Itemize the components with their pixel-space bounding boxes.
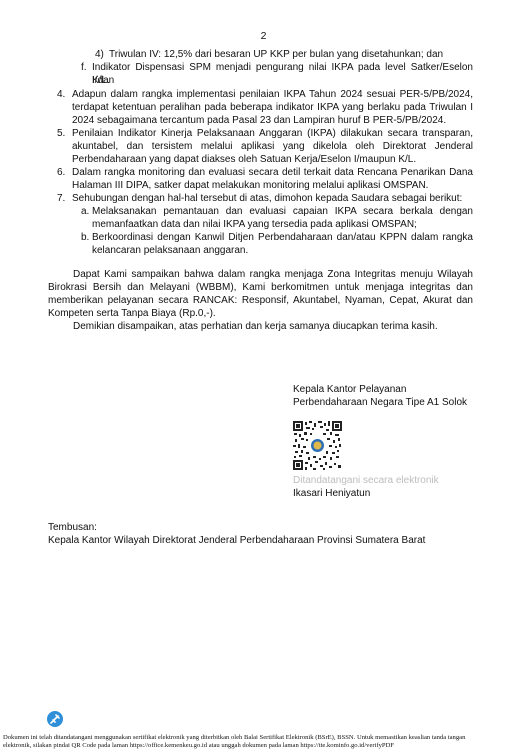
closing-remark: Demikian disampaikan, atas perhatian dan…: [73, 320, 438, 333]
closing-paragraph: Kompeten serta Tanpa Biaya (Rp.0,-).: [48, 307, 216, 320]
list-text: Dalam rangka monitoring dan evaluasi sec…: [72, 166, 473, 179]
list-text: Sehubungan dengan hal-hal tersebut di at…: [72, 192, 462, 205]
bsre-seal-icon: [47, 711, 63, 727]
list-text: Indikator Dispensasi SPM menjadi pengura…: [92, 61, 473, 87]
qr-code-icon: [293, 421, 342, 470]
list-letter: f.: [81, 61, 87, 74]
list-text: kelancaran pelaksanaan anggaran.: [92, 244, 248, 257]
page-number: 2: [0, 30, 527, 43]
list-number: 5.: [57, 127, 65, 140]
list-number: 7.: [57, 192, 65, 205]
list-number: 4.: [57, 88, 65, 101]
e-signature-note: Ditandatangani secara elektronik: [293, 474, 439, 487]
list-text: Adapun dalam rangka implementasi penilai…: [72, 88, 473, 101]
list-text: Perbendaharaan yang dapat diakses oleh S…: [72, 153, 416, 166]
tembusan-recipient: Kepala Kantor Wilayah Direktorat Jendera…: [48, 534, 425, 547]
list-text: Melaksanakan pemantauan dan evaluasi cap…: [92, 205, 473, 218]
closing-paragraph: memberikan pelayanan secara RANCAK: Resp…: [48, 294, 473, 307]
signatory-title: Kepala Kantor Pelayanan: [293, 383, 406, 396]
list-text: Halaman III DIPA, satker dapat melakukan…: [72, 179, 428, 192]
list-text: memanfaatkan data dan nilai IKPA yang te…: [92, 218, 417, 231]
list-text: K/L.: [92, 74, 110, 87]
list-text: terdapat ketentuan peralihan pada bebera…: [72, 101, 473, 114]
list-text: Penilaian Indikator Kinerja Pelaksanaan …: [72, 127, 473, 140]
list-text: Triwulan IV: 12,5% dari besaran UP KKP p…: [109, 48, 443, 61]
closing-paragraph: Birokrasi Bersih dan Melayani (WBBM), Ka…: [48, 281, 473, 294]
list-text: Berkoordinasi dengan Kanwil Ditjen Perbe…: [92, 231, 473, 244]
signatory-title: Perbendaharaan Negara Tipe A1 Solok: [293, 396, 467, 409]
signatory-name: Ikasari Heniyatun: [293, 487, 370, 500]
closing-paragraph: Dapat Kami sampaikan bahwa dalam rangka …: [73, 268, 473, 281]
list-text: akuntabel, dan tersistem melalui aplikas…: [72, 140, 473, 153]
tembusan-label: Tembusan:: [48, 521, 97, 534]
list-letter: a.: [81, 205, 89, 218]
list-letter: b.: [81, 231, 89, 244]
list-number: 4): [95, 48, 104, 61]
footer-disclaimer: elektronik, silakan pindai QR Code pada …: [3, 742, 394, 751]
list-text: 2024 sebagaimana tercantum pada Pasal 23…: [72, 114, 446, 127]
list-number: 6.: [57, 166, 65, 179]
